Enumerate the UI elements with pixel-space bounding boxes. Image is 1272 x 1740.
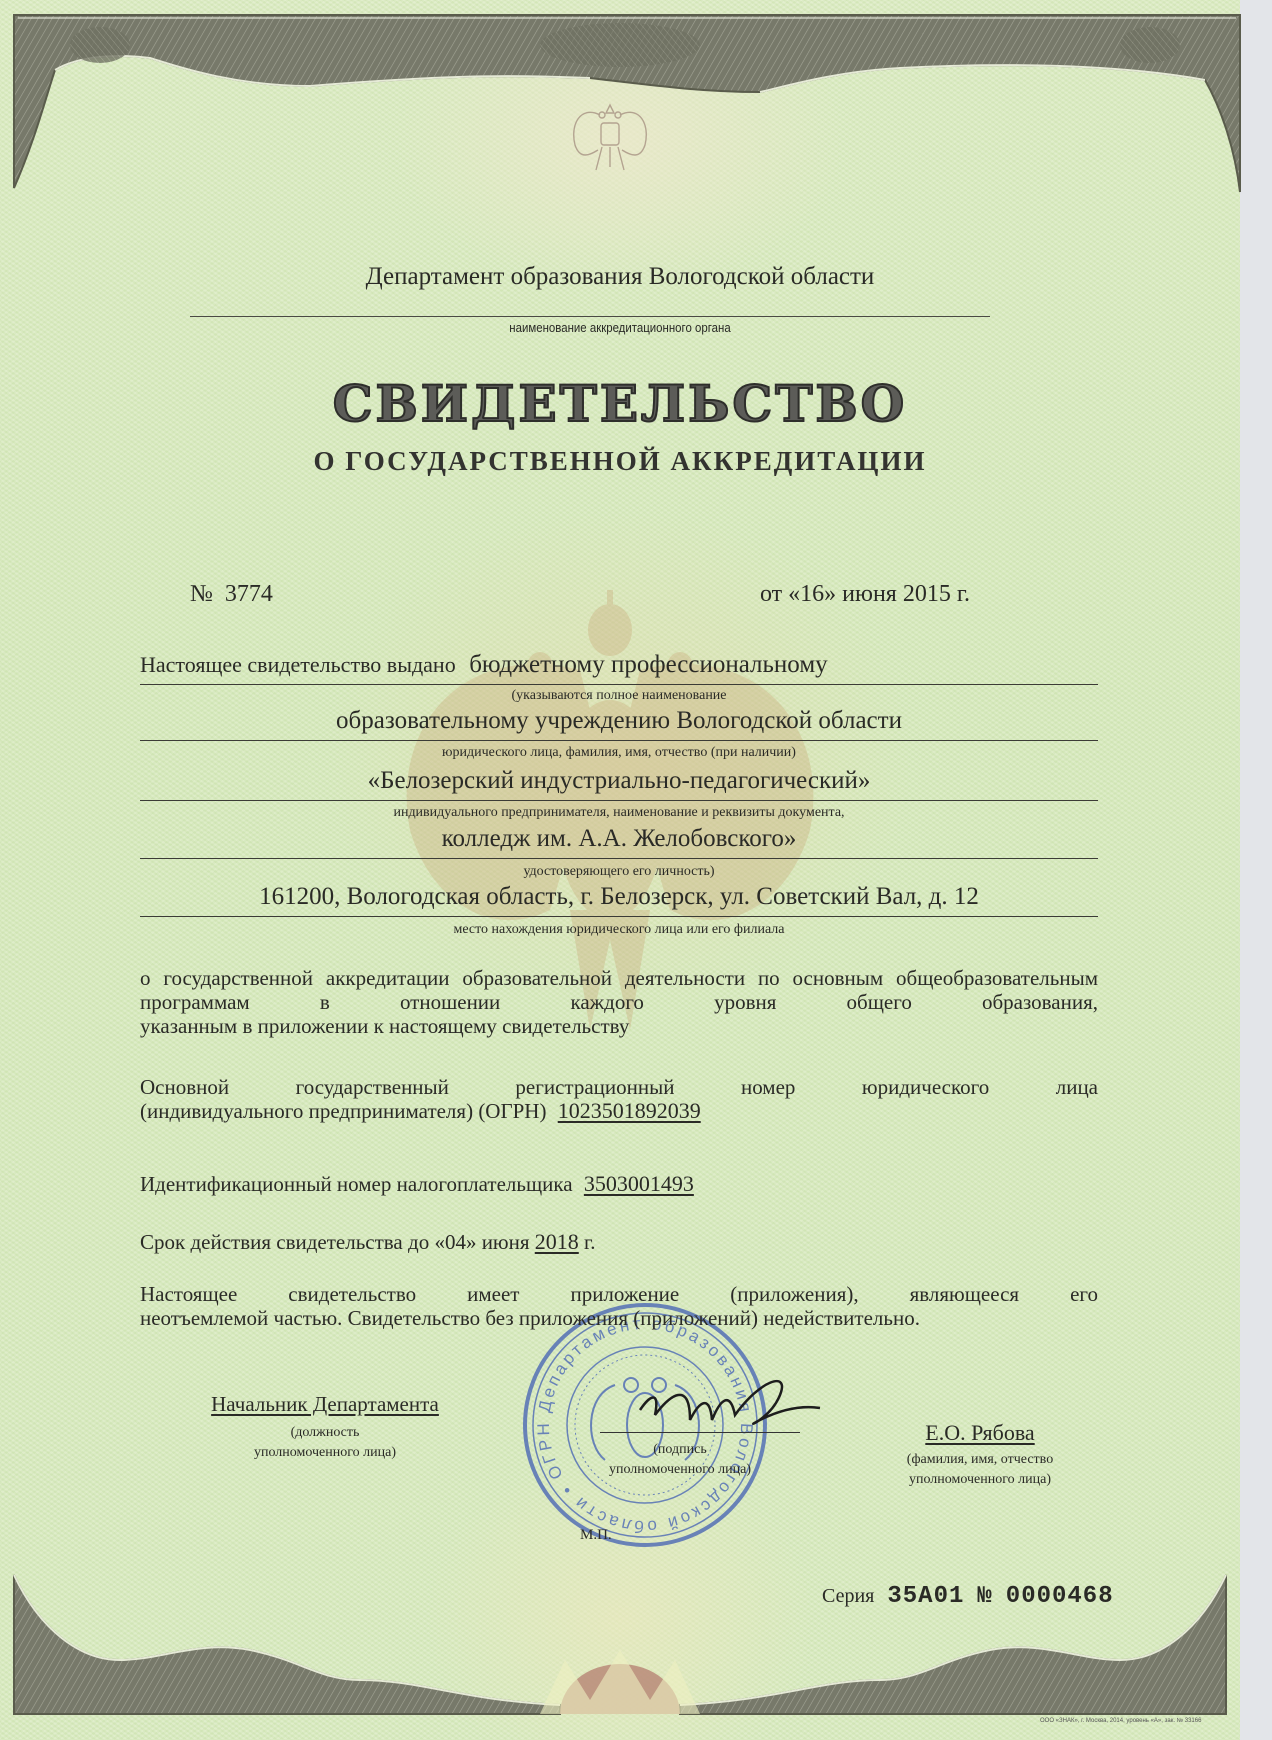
- caption-1: (указываются полное наименование: [140, 688, 1098, 704]
- fill-line: [140, 916, 1098, 917]
- accreditation-line-1: о государственной аккредитации образоват…: [140, 966, 1098, 1014]
- signer-position: Начальник Департамента (должность уполно…: [170, 1392, 480, 1463]
- ogrn-label-1: Основной государственный регистрационный…: [140, 1075, 1098, 1099]
- validity-row: Срок действия свидетельства до «04» июня…: [140, 1230, 1098, 1254]
- series-block: Серия 35А01 № 0000468: [822, 1583, 1114, 1610]
- signature-caption-2: уполномоченного лица): [570, 1460, 790, 1480]
- printer-note: ООО «ЗНАК», г. Москва, 2014, уровень «А»…: [1040, 1718, 1201, 1724]
- authority-caption: наименование аккредитационного органа: [198, 320, 1043, 335]
- series-label: Серия: [822, 1585, 874, 1607]
- signer-name-block: Е.О. Рябова (фамилия, имя, отчество упол…: [870, 1420, 1090, 1490]
- inn-label: Идентификационный номер налогоплательщик…: [140, 1172, 573, 1196]
- position-caption-2: уполномоченного лица): [170, 1443, 480, 1463]
- series-code: 35А01: [887, 1583, 964, 1610]
- validity-suffix: г.: [584, 1230, 596, 1254]
- ogrn-value: 1023501892039: [558, 1098, 701, 1123]
- fill-line: [140, 740, 1098, 741]
- certificate-subtitle: О ГОСУДАРСТВЕННОЙ АККРЕДИТАЦИИ: [140, 446, 1100, 477]
- certificate-date: от «16» июня 2015 г.: [760, 581, 970, 608]
- number-value: 3774: [225, 581, 273, 607]
- ogrn-row: (индивидуального предпринимателя) (ОГРН)…: [140, 1099, 1098, 1123]
- org-line-2: образовательному учреждению Вологодской …: [140, 707, 1098, 735]
- authority-name: Департамент образования Вологодской обла…: [140, 263, 1100, 291]
- signer-name: Е.О. Рябова: [870, 1420, 1090, 1446]
- series-number: 0000468: [1006, 1583, 1114, 1610]
- ogrn-label-2: (индивидуального предпринимателя) (ОГРН): [140, 1099, 546, 1123]
- org-address: 161200, Вологодская область, г. Белозерс…: [140, 883, 1098, 911]
- ogrn-block: Основной государственный регистрационный…: [140, 1075, 1098, 1123]
- validity-year: 2018: [535, 1229, 579, 1254]
- org-line-1: бюджетному профессиональному: [469, 651, 827, 678]
- caption-3: индивидуального предпринимателя, наимено…: [140, 805, 1098, 821]
- org-line-3: «Белозерский индустриально-педагогически…: [140, 767, 1098, 795]
- position-caption-1: (должность: [170, 1423, 480, 1443]
- caption-4: удостоверяющего его личность): [140, 864, 1098, 880]
- accreditation-text: о государственной аккредитации образоват…: [140, 966, 1098, 1038]
- top-border-ornament: [14, 15, 1240, 192]
- inn-value: 3503001493: [584, 1171, 694, 1196]
- certificate-title: СВИДЕТЕЛЬСТВО: [140, 374, 1100, 433]
- appendix-text: Настоящее свидетельство имеет приложение…: [140, 1282, 1098, 1330]
- issued-to-row: Настоящее свидетельство выдано бюджетном…: [140, 651, 1098, 679]
- fill-line: [140, 684, 1098, 685]
- signature-line: [600, 1432, 800, 1433]
- number-sign: №: [190, 581, 213, 607]
- inn-row: Идентификационный номер налогоплательщик…: [140, 1172, 1098, 1196]
- round-seal-icon: Департамент образования Вологодской обла…: [525, 1305, 765, 1545]
- fill-line: [140, 858, 1098, 859]
- signer-position-title: Начальник Департамента: [170, 1392, 480, 1417]
- fill-line: [140, 800, 1098, 801]
- certificate-number: № 3774: [190, 581, 273, 608]
- series-number-sign: №: [977, 1583, 992, 1610]
- authority-underline: [190, 316, 990, 317]
- accreditation-line-2: указанным в приложении к настоящему свид…: [140, 1014, 1098, 1038]
- signature-caption-1: (подпись: [570, 1440, 790, 1460]
- name-caption-2: уполномоченного лица): [870, 1470, 1090, 1490]
- org-line-4: колледж им. А.А. Желобовского»: [140, 825, 1098, 853]
- caption-2: юридического лица, фамилия, имя, отчеств…: [140, 745, 1098, 761]
- caption-5: место нахождения юридического лица или е…: [140, 922, 1098, 938]
- coat-of-arms-icon: [574, 105, 647, 170]
- validity-label: Срок действия свидетельства до «04» июня: [140, 1230, 530, 1254]
- appendix-line-2: неотъемлемой частью. Свидетельство без п…: [140, 1306, 1098, 1330]
- name-caption-1: (фамилия, имя, отчество: [870, 1450, 1090, 1470]
- signature-caption: (подпись уполномоченного лица): [570, 1440, 790, 1480]
- appendix-line-1: Настоящее свидетельство имеет приложение…: [140, 1282, 1098, 1306]
- issued-label: Настоящее свидетельство выдано: [140, 652, 456, 677]
- stamp-place-label: М.П.: [580, 1527, 612, 1544]
